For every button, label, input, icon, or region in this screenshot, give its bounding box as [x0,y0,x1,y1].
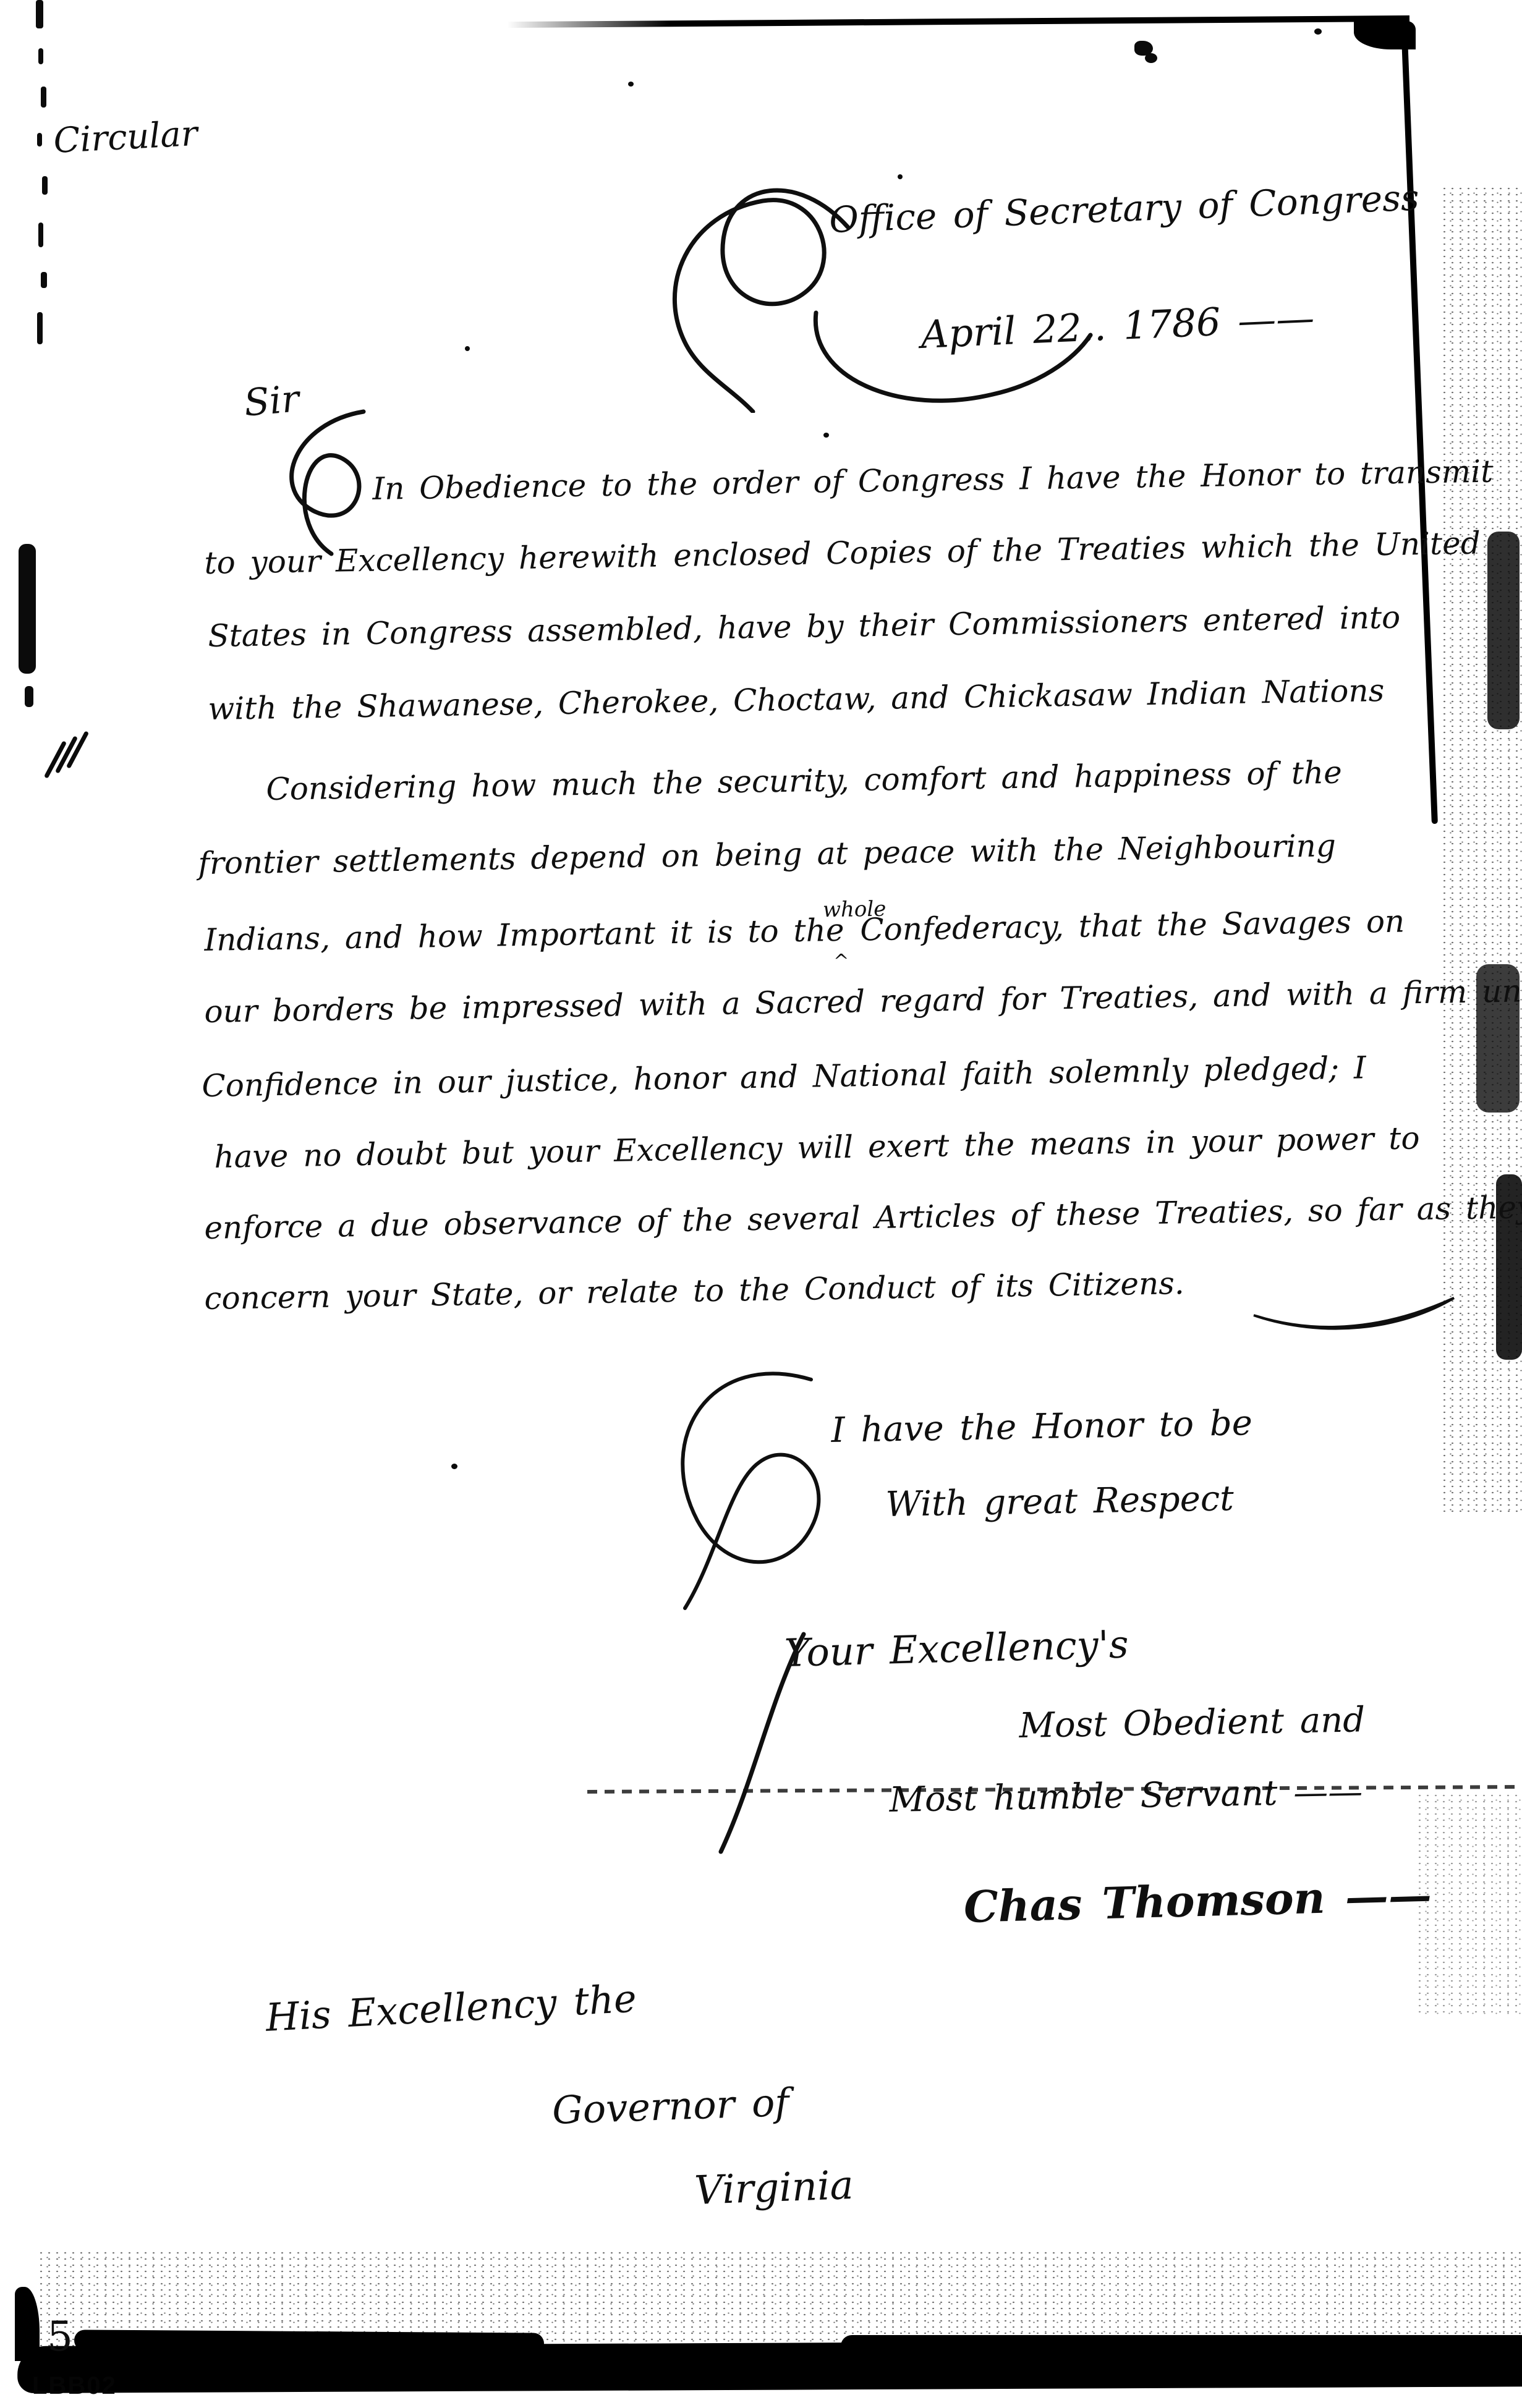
address-line: His Excellency the [265,1976,637,2040]
bottom-scan-band-ridge [841,2335,1522,2360]
bottom-scan-band-ridge [74,2330,544,2354]
end-of-paragraph-swash-icon [1249,1289,1459,1339]
body-line: frontier settlements depend on being at … [198,828,1336,881]
scan-border-right [1401,21,1438,824]
left-edge-mark [36,0,43,28]
closing-line: Most humble Servant —— [889,1772,1363,1820]
body-line-with-insertion: Indians, and how Important it is to thew… [204,903,1405,957]
body-line: Confidence in our justice, honor and Nat… [202,1049,1366,1104]
ink-dot [1314,28,1322,35]
left-edge-mark [38,48,43,64]
ink-dot [465,346,470,351]
archive-label: LBB02 [32,2372,117,2400]
left-edge-mark [37,312,43,344]
insertion-caret: ^ [833,951,849,972]
page-number: 5 [47,2313,73,2360]
body-line: with the Shawanese, Cherokee, Choctaw, a… [208,672,1385,727]
address-line: Virginia [694,2163,854,2214]
ink-dot [898,174,903,179]
annotation-circular: Circular [53,114,198,161]
body-line-segment: Indians, and how Important it is to the [204,912,844,958]
left-edge-mark [42,176,48,195]
body-line: Considering how much the security, comfo… [266,755,1342,807]
body-line: our borders be impressed with a Sacred r… [204,972,1522,1030]
address-line: Governor of [551,2080,789,2133]
left-edge-mark [41,87,46,108]
body-line: enforce a due observance of the several … [204,1189,1522,1246]
right-edge-streak [1487,532,1520,729]
office-line: Office of Secretary of Congress [828,176,1420,241]
ink-blot [1145,53,1157,63]
body-line-segment: Confederacy, that the Savages on [860,903,1405,948]
closing-line: I have the Honor to be [831,1403,1252,1451]
body-line: States in Congress assembled, have by th… [208,600,1401,654]
left-edge-mark [38,223,43,247]
scan-corner-top-right-blot [1354,21,1416,49]
left-edge-blot [19,544,36,674]
inserted-word: whole [823,897,886,923]
left-edge-mark [41,272,47,288]
closing-flourish-icon [649,1359,853,1618]
body-line: In Obedience to the order of Congress I … [372,454,1494,507]
body-line: concern your State, or relate to the Con… [204,1265,1184,1316]
closing-line: With great Respect [885,1478,1234,1525]
ink-dot [451,1464,457,1469]
left-edge-mark [37,133,42,146]
ink-dot [823,433,829,438]
body-line: have no doubt but your Excellency will e… [214,1120,1420,1175]
ink-dot [628,82,634,87]
left-corner-blot [15,2287,40,2361]
interlined-insertion: whole^ [844,934,861,940]
closing-line: Most Obedient and [1019,1700,1366,1746]
body-line: to your Excellency herewith enclosed Cop… [204,525,1481,581]
left-edge-mark [25,686,33,707]
closing-line: Your Excellency's [784,1621,1129,1676]
scan-border-top [507,15,1409,28]
signature: Chas Thomson —— [963,1869,1432,1933]
scanned-letter-page: { "ink_color": "#0f0f0f", "paper_color":… [0,0,1522,2408]
